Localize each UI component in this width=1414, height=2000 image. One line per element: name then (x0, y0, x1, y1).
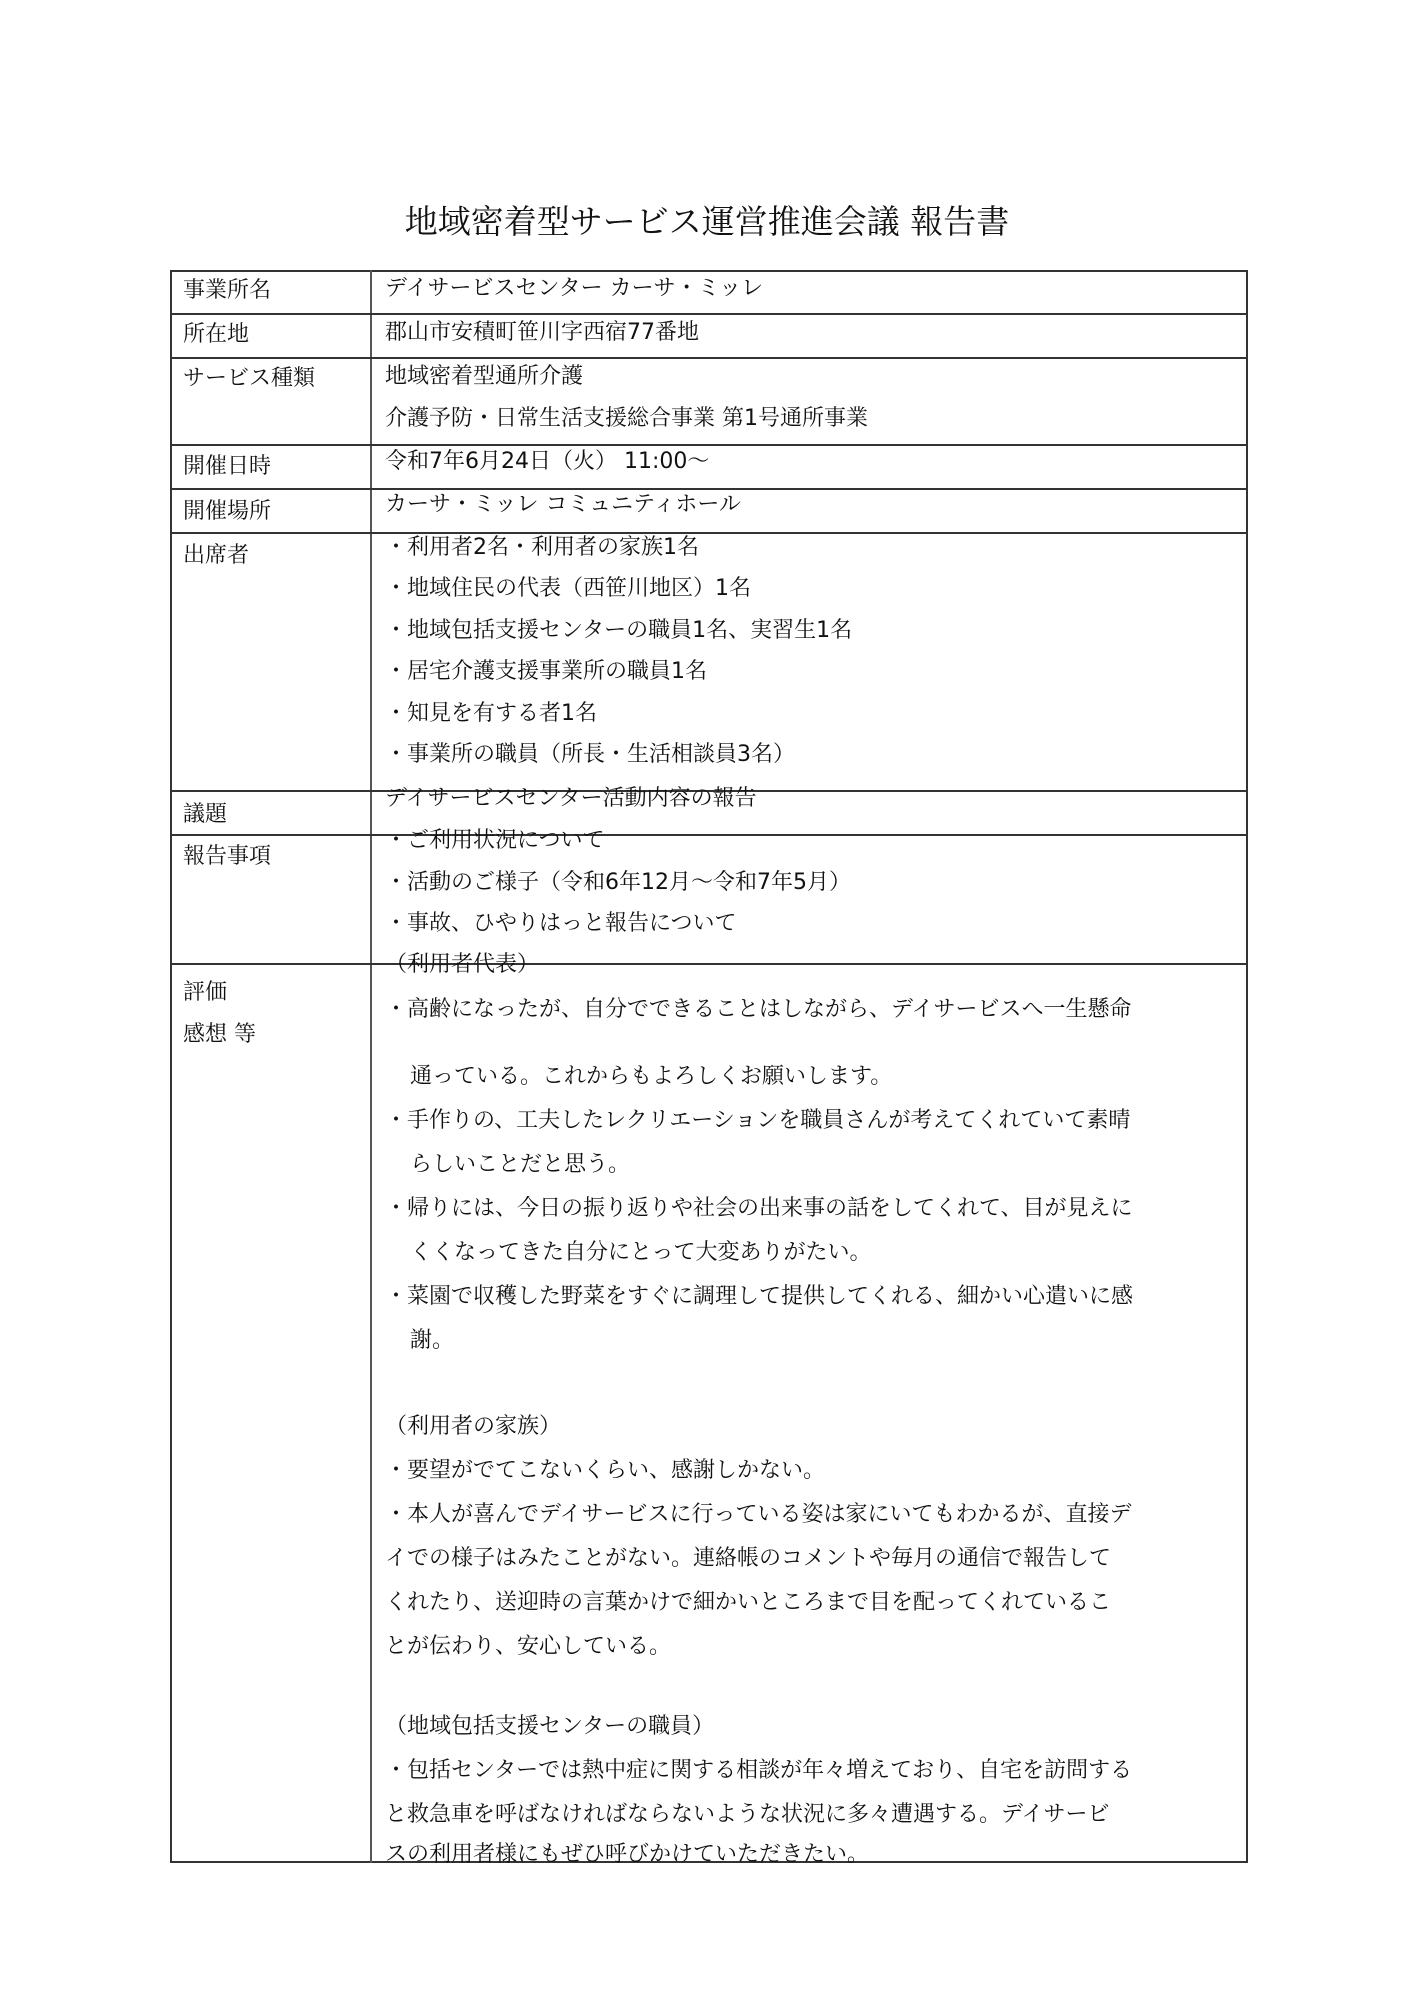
agenda-value: デイサービスセンター活動内容の報告 (385, 784, 757, 814)
service-type-value-2: 介護予防・日常生活支援総合事業 第1号通所事業 (385, 404, 868, 434)
attendees-label: 出席者 (183, 541, 249, 571)
attendee-item: ・利用者2名・利用者の家族1名 (385, 533, 699, 563)
office-name-value: デイサービスセンター カーサ・ミッレ (385, 274, 763, 304)
user-rep-line: ・高齢になったが、自分でできることはしながら、デイサービスへ一生懸命 (385, 995, 1131, 1025)
page-title: 地域密着型サービス運営推進会議 報告書 (0, 200, 1414, 244)
report-item: ・事故、ひやりはっと報告について (385, 909, 737, 939)
datetime-label: 開催日時 (183, 452, 271, 482)
location-label: 所在地 (183, 320, 249, 350)
user-rep-line: ・菜園で収穫した野菜をすぐに調理して提供してくれる、細かい心遣いに感 (385, 1282, 1133, 1312)
center-staff-heading: （地域包括支援センターの職員） (385, 1712, 714, 1742)
row-divider (170, 532, 1248, 534)
evaluation-label-1: 評価 (183, 978, 227, 1008)
row-divider (170, 963, 1248, 965)
attendee-item: ・地域包括支援センターの職員1名、実習生1名 (385, 616, 852, 646)
report-item: ・ご利用状況について (385, 826, 605, 856)
service-type-label: サービス種類 (183, 364, 315, 394)
attendee-item: ・地域住民の代表（西笹川地区）1名 (385, 574, 751, 604)
venue-label: 開催場所 (183, 497, 271, 527)
center-staff-line: と救急車を呼ばなければならないような状況に多々遭遇する。デイサービ (385, 1800, 1109, 1830)
location-value: 郡山市安積町笹川字西宿77番地 (385, 318, 699, 348)
attendee-item: ・知見を有する者1名 (385, 699, 597, 729)
office-name-label: 事業所名 (183, 276, 271, 306)
center-staff-line: ・包括センターでは熱中症に関する相談が年々増えており、自宅を訪問する (385, 1756, 1132, 1786)
evaluation-label-2: 感想 等 (183, 1020, 256, 1050)
agenda-label: 議題 (183, 800, 227, 830)
family-heading: （利用者の家族） (385, 1412, 561, 1442)
family-line: イでの様子はみたことがない。連絡帳のコメントや毎月の通信で報告して (385, 1544, 1111, 1574)
attendee-item: ・居宅介護支援事業所の職員1名 (385, 657, 707, 687)
report-items-label: 報告事項 (183, 842, 271, 872)
datetime-value: 令和7年6月24日（火） 11:00〜 (385, 447, 709, 477)
user-rep-line: らしいことだと思う。 (410, 1150, 630, 1180)
family-line: ・本人が喜んでデイサービスに行っている姿は家にいてもわかるが、直接デ (385, 1500, 1131, 1530)
report-item: ・活動のご様子（令和6年12月〜令和7年5月） (385, 868, 851, 898)
row-divider (170, 834, 1248, 836)
user-rep-line: 謝。 (410, 1326, 454, 1356)
attendee-item: ・事業所の職員（所長・生活相談員3名） (385, 740, 795, 770)
venue-value: カーサ・ミッレ コミュニティホール (385, 490, 741, 520)
family-line: ・要望がでてこないくらい、感謝しかない。 (385, 1456, 825, 1486)
center-staff-line: スの利用者様にもぜひ呼びかけていただきたい。 (385, 1840, 869, 1870)
user-rep-heading: （利用者代表） (385, 950, 539, 980)
user-rep-line: くくなってきた自分にとって大変ありがたい。 (410, 1238, 872, 1268)
family-line: くれたり、送迎時の言葉かけで細かいところまで目を配ってくれているこ (385, 1588, 1111, 1618)
family-line: とが伝わり、安心している。 (385, 1632, 671, 1662)
column-divider (370, 270, 372, 1863)
row-divider (170, 444, 1248, 446)
user-rep-line: ・手作りの、工夫したレクリエーションを職員さんが考えてくれていて素晴 (385, 1106, 1130, 1136)
user-rep-line: 通っている。これからもよろしくお願いします。 (410, 1062, 892, 1092)
row-divider (170, 357, 1248, 359)
user-rep-line: ・帰りには、今日の振り返りや社会の出来事の話をしてくれて、目が見えに (385, 1194, 1133, 1224)
row-divider (170, 313, 1248, 315)
service-type-value-1: 地域密着型通所介護 (385, 362, 583, 392)
